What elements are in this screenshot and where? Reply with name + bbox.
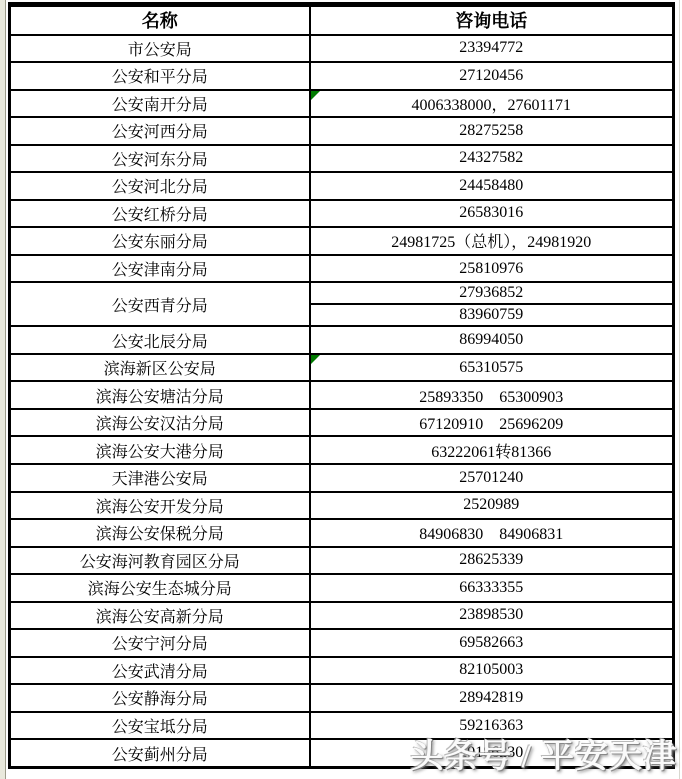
table-screenshot-canvas: 名称 咨询电话 市公安局23394772公安和平分局27120456公安南开分局…	[0, 0, 682, 779]
watermark-text: 头条号 / 平安天津	[410, 730, 677, 777]
phone-cell: 66333355	[310, 574, 674, 602]
bureau-name-cell: 公安武清分局	[10, 657, 310, 685]
bureau-name-cell: 滨海公安塘沽分局	[10, 381, 310, 409]
bureau-name-cell: 公安河西分局	[10, 117, 310, 145]
phone-cell: 25810976	[310, 255, 674, 283]
phone-cell: 23898530	[310, 602, 674, 630]
table-row: 滨海公安高新分局23898530	[10, 602, 674, 630]
bureau-name-cell: 滨海公安生态城分局	[10, 574, 310, 602]
table-row: 公安海河教育园区分局28625339	[10, 547, 674, 575]
table-body: 市公安局23394772公安和平分局27120456公安南开分局40063380…	[10, 35, 674, 768]
table-row: 公安津南分局25810976	[10, 255, 674, 283]
phone-cell: 25893350 65300903	[310, 381, 674, 409]
phone-cell: 2520989	[310, 492, 674, 520]
table-row: 滨海公安汉沽分局67120910 25696209	[10, 409, 674, 437]
table-row: 天津港公安局25701240	[10, 464, 674, 492]
phone-cell: 82105003	[310, 657, 674, 685]
table-row: 滨海公安塘沽分局25893350 65300903	[10, 381, 674, 409]
worksheet-right-gridline	[679, 0, 680, 779]
table-row: 公安和平分局27120456	[10, 62, 674, 90]
bureau-name-cell: 公安河东分局	[10, 145, 310, 173]
bureau-name-cell: 公安南开分局	[10, 90, 310, 118]
bureau-name-cell: 天津港公安局	[10, 464, 310, 492]
bureau-name-cell: 公安海河教育园区分局	[10, 547, 310, 575]
bureau-name-cell: 公安和平分局	[10, 62, 310, 90]
phone-column-header: 咨询电话	[310, 5, 674, 35]
table-row: 公安河东分局24327582	[10, 145, 674, 173]
bureau-name-cell: 公安东丽分局	[10, 227, 310, 255]
bureau-name-cell: 公安宝坻分局	[10, 712, 310, 740]
table-row: 公安西青分局27936852	[10, 282, 674, 304]
bureau-name-cell: 公安津南分局	[10, 255, 310, 283]
bureau-name-cell: 公安宁河分局	[10, 629, 310, 657]
phone-cell: 67120910 25696209	[310, 409, 674, 437]
worksheet-left-margin	[0, 0, 6, 779]
phone-cell: 63222061转81366	[310, 436, 674, 464]
phone-cell: 24458480	[310, 172, 674, 200]
table-row: 市公安局23394772	[10, 35, 674, 63]
bureau-name-cell: 滨海公安开发分局	[10, 492, 310, 520]
phone-cell: 28942819	[310, 684, 674, 712]
table-row: 滨海新区公安局65310575	[10, 354, 674, 382]
phone-cell: 23394772	[310, 35, 674, 63]
phone-cell: 28275258	[310, 117, 674, 145]
table-row: 滨海公安大港分局63222061转81366	[10, 436, 674, 464]
table-row: 公安武清分局82105003	[10, 657, 674, 685]
name-column-header: 名称	[10, 5, 310, 35]
phone-cell: 25701240	[310, 464, 674, 492]
bureau-name-cell: 市公安局	[10, 35, 310, 63]
bureau-name-cell: 滨海公安保税分局	[10, 519, 310, 547]
phone-cell: 27120456	[310, 62, 674, 90]
table-row: 公安宁河分局69582663	[10, 629, 674, 657]
bureau-name-cell: 公安蓟州分局	[10, 739, 310, 767]
bureau-name-cell: 公安河北分局	[10, 172, 310, 200]
table-row: 公安北辰分局86994050	[10, 326, 674, 354]
table-row: 公安静海分局28942819	[10, 684, 674, 712]
phone-cell: 28625339	[310, 547, 674, 575]
table-row: 公安河北分局24458480	[10, 172, 674, 200]
bureau-name-cell: 公安红桥分局	[10, 200, 310, 228]
phone-cell: 65310575	[310, 354, 674, 382]
phone-cell: 24981725（总机），24981920	[310, 227, 674, 255]
bureau-name-cell: 公安西青分局	[10, 282, 310, 326]
table-row: 滨海公安保税分局84906830 84906831	[10, 519, 674, 547]
phone-cell: 69582663	[310, 629, 674, 657]
bureau-name-cell: 公安北辰分局	[10, 326, 310, 354]
table-row: 滨海公安开发分局2520989	[10, 492, 674, 520]
cell-flag-triangle-icon	[311, 91, 320, 100]
phone-cell: 83960759	[310, 304, 674, 326]
bureau-name-cell: 滨海公安高新分局	[10, 602, 310, 630]
header-row: 名称 咨询电话	[10, 5, 674, 35]
table-row: 公安东丽分局24981725（总机），24981920	[10, 227, 674, 255]
phone-cell: 84906830 84906831	[310, 519, 674, 547]
phone-cell: 24327582	[310, 145, 674, 173]
table-row: 公安南开分局4006338000，27601171	[10, 90, 674, 118]
table-row: 公安红桥分局26583016	[10, 200, 674, 228]
phone-cell: 86994050	[310, 326, 674, 354]
phone-cell: 27936852	[310, 282, 674, 304]
phone-cell: 26583016	[310, 200, 674, 228]
bureau-name-cell: 公安静海分局	[10, 684, 310, 712]
phone-directory-table: 名称 咨询电话 市公安局23394772公安和平分局27120456公安南开分局…	[8, 2, 675, 769]
bureau-name-cell: 滨海新区公安局	[10, 354, 310, 382]
phone-cell: 4006338000，27601171	[310, 90, 674, 118]
cell-flag-triangle-icon	[311, 355, 320, 364]
table-row: 滨海公安生态城分局66333355	[10, 574, 674, 602]
bureau-name-cell: 滨海公安大港分局	[10, 436, 310, 464]
table-row: 公安河西分局28275258	[10, 117, 674, 145]
bureau-name-cell: 滨海公安汉沽分局	[10, 409, 310, 437]
